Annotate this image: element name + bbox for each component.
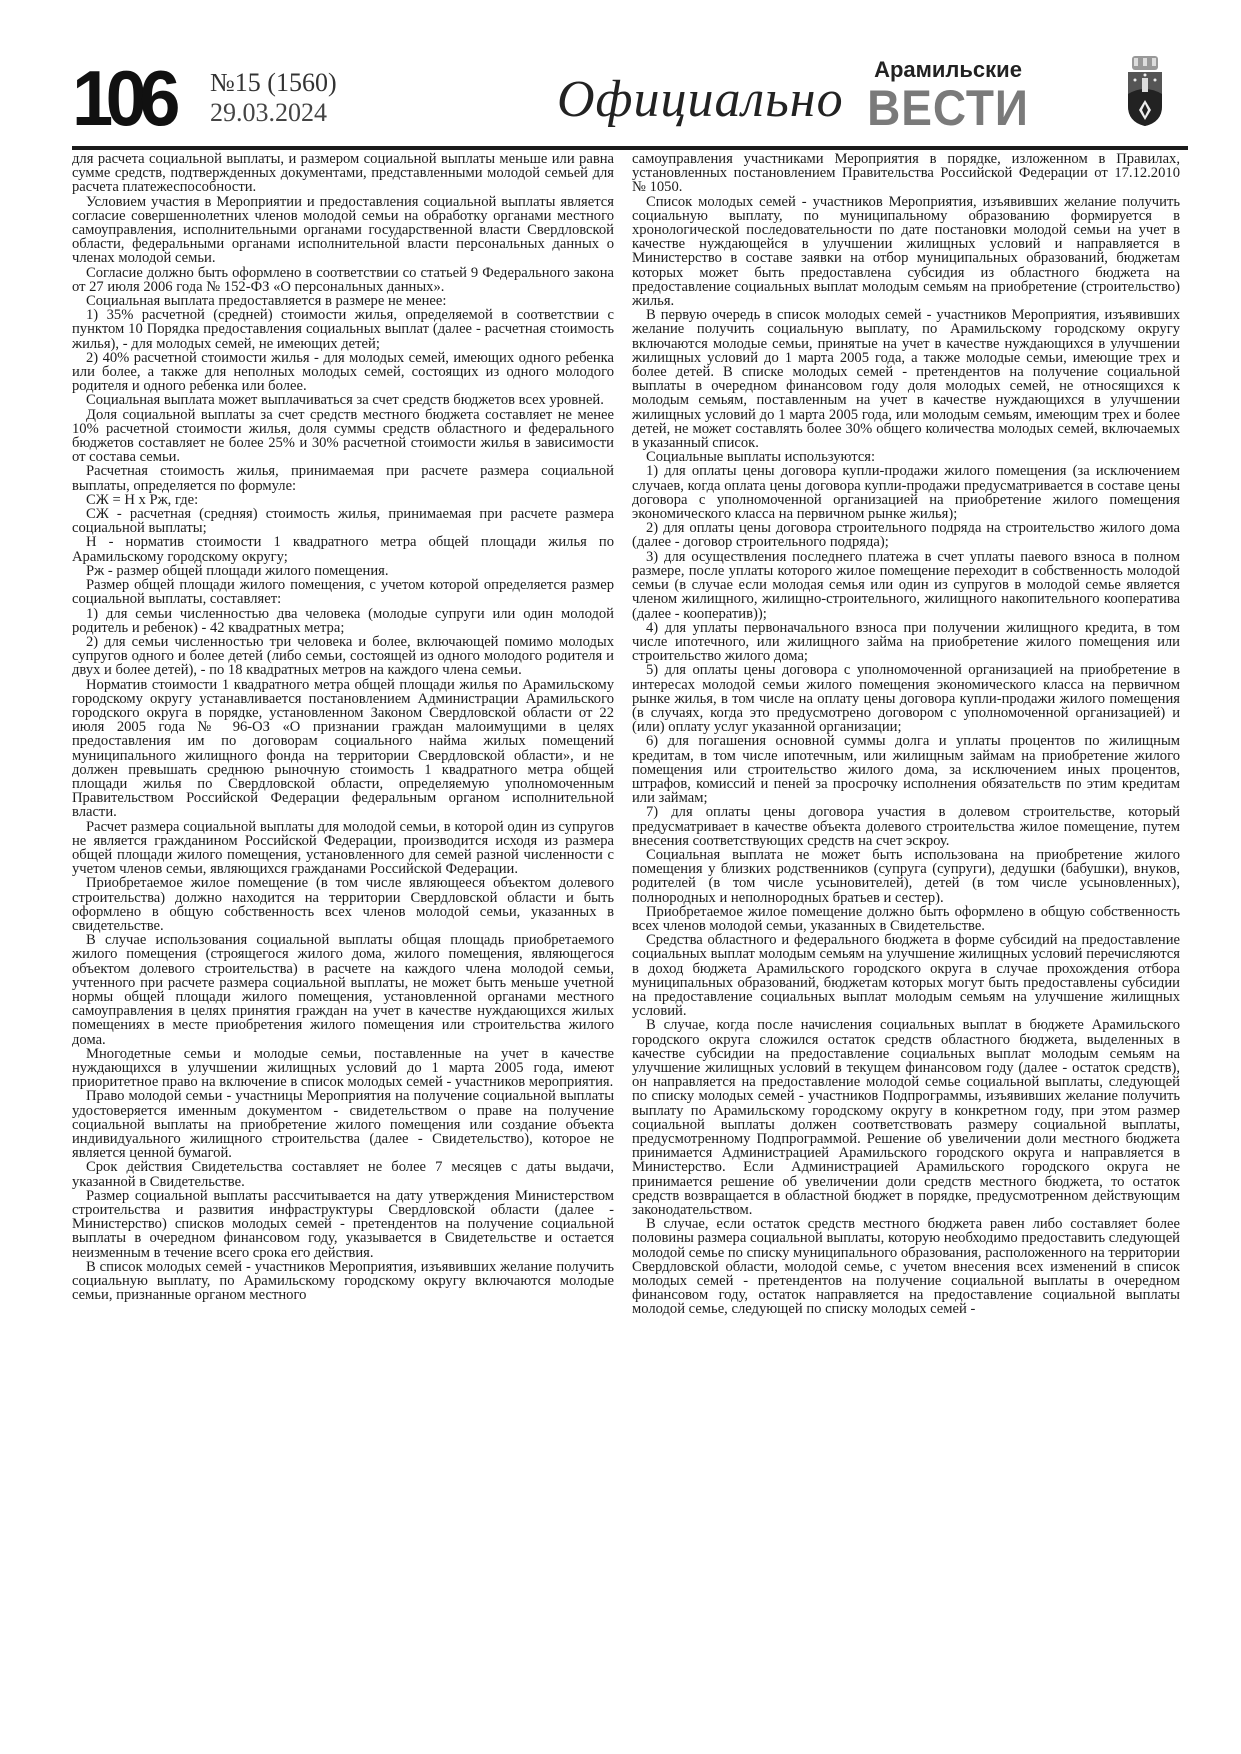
coat-of-arms-icon (1124, 54, 1166, 128)
paragraph: В случае, если остаток средств местного … (632, 1217, 1180, 1316)
page-number: 106 (72, 58, 173, 138)
paragraph: 1) для оплаты цены договора купли-продаж… (632, 464, 1180, 521)
logo-main-text: ВЕСТИ (856, 82, 1040, 134)
paragraph: В первую очередь в список молодых семей … (632, 308, 1180, 450)
header-rule (72, 146, 1188, 150)
paragraph: Социальная выплата предоставляется в раз… (72, 294, 614, 308)
paragraph: Расчет размера социальной выплаты для мо… (72, 820, 614, 877)
paragraph: 7) для оплаты цены договора участия в до… (632, 805, 1180, 848)
paragraph: В случае, когда после начисления социаль… (632, 1018, 1180, 1217)
paragraph: Социальная выплата может выплачиваться з… (72, 393, 614, 407)
paragraph: Список молодых семей - участников Меропр… (632, 195, 1180, 309)
paragraph: Согласие должно быть оформлено в соответ… (72, 266, 614, 294)
paragraph: Социальная выплата не может быть использ… (632, 848, 1180, 905)
page-header: 106 №15 (1560) 29.03.2024 Официально Ара… (72, 52, 1190, 142)
paragraph: 1) 35% расчетной (средней) стоимости жил… (72, 308, 614, 351)
paragraph: Приобретаемое жилое помещение (в том чис… (72, 876, 614, 933)
paragraph: 5) для оплаты цены договора с уполномоче… (632, 663, 1180, 734)
paragraph: Рж - размер общей площади жилого помещен… (72, 564, 614, 578)
paragraph: самоуправления участниками Мероприятия в… (632, 152, 1180, 195)
article-column-left: для расчета социальной выплаты, и размер… (72, 152, 614, 1302)
formula: СЖ = Н x Рж, где: (72, 493, 614, 507)
paragraph: для расчета социальной выплаты, и размер… (72, 152, 614, 195)
paragraph: 2) для семьи численностью три человека и… (72, 635, 614, 678)
paragraph: СЖ - расчетная (средняя) стоимость жилья… (72, 507, 614, 535)
paragraph: 3) для осуществления последнего платежа … (632, 550, 1180, 621)
paragraph: В список молодых семей - участников Меро… (72, 1260, 614, 1303)
paragraph: Право молодой семьи - участницы Мероприя… (72, 1089, 614, 1160)
paragraph: 6) для погашения основной суммы долга и … (632, 734, 1180, 805)
paragraph: 2) для оплаты цены договора строительног… (632, 521, 1180, 549)
paragraph: Доля социальной выплаты за счет средств … (72, 408, 614, 465)
paragraph: Размер социальной выплаты рассчитывается… (72, 1189, 614, 1260)
issue-number: №15 (1560) (210, 70, 337, 96)
logo-top-text: Арамильские (848, 58, 1048, 82)
paragraph: Приобретаемое жилое помещение должно быт… (632, 905, 1180, 933)
paragraph: 4) для уплаты первоначального взноса при… (632, 621, 1180, 664)
paragraph: Размер общей площади жилого помещения, с… (72, 578, 614, 606)
paragraph: Многодетные семьи и молодые семьи, поста… (72, 1047, 614, 1090)
article-column-right: самоуправления участниками Мероприятия в… (632, 152, 1180, 1317)
paragraph: Условием участия в Мероприятии и предост… (72, 195, 614, 266)
paragraph: Социальные выплаты используются: (632, 450, 1180, 464)
newspaper-logo: Арамильские ВЕСТИ (848, 58, 1048, 134)
paragraph: Н - норматив стоимости 1 квадратного мет… (72, 535, 614, 563)
paragraph: В случае использования социальной выплат… (72, 933, 614, 1047)
paragraph: Срок действия Свидетельства составляет н… (72, 1160, 614, 1188)
paragraph: Расчетная стоимость жилья, принимаемая п… (72, 464, 614, 492)
paragraph: 1) для семьи численностью два человека (… (72, 607, 614, 635)
issue-date: 29.03.2024 (210, 100, 327, 126)
paragraph: Норматив стоимости 1 квадратного метра о… (72, 678, 614, 820)
section-title: Официально (557, 70, 844, 130)
paragraph: 2) 40% расчетной стоимости жилья - для м… (72, 351, 614, 394)
paragraph: Средства областного и федерального бюдже… (632, 933, 1180, 1018)
